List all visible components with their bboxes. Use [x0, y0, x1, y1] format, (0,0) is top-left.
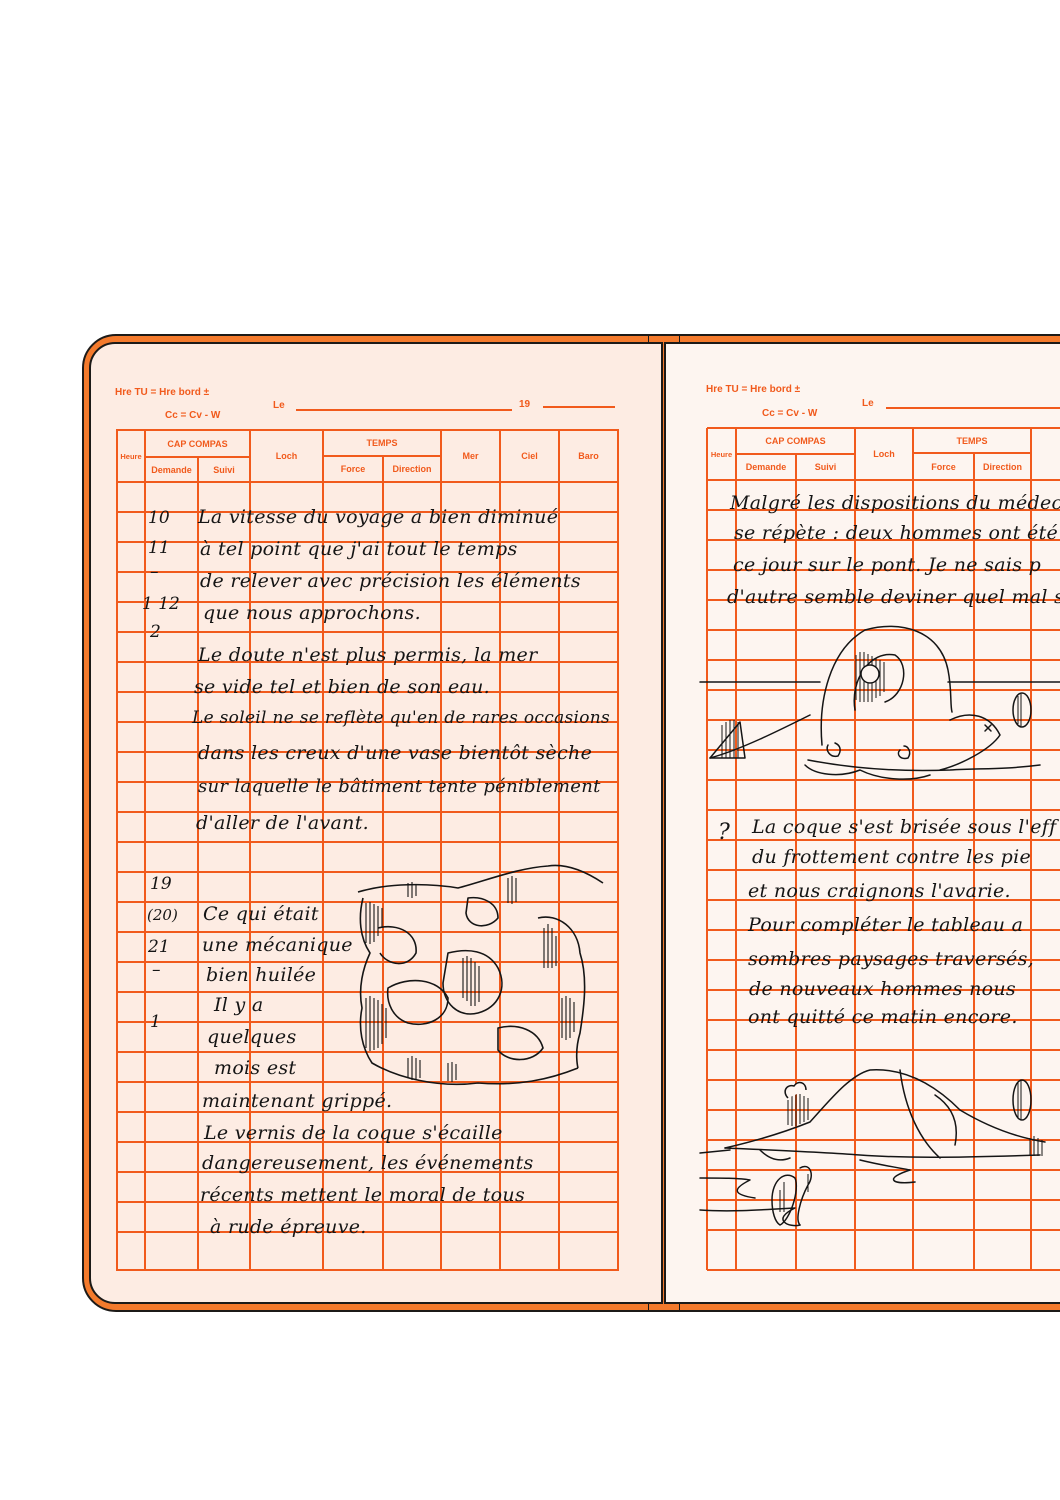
log-entry: se répète : deux hommes ont été re: [734, 522, 1060, 544]
col-cap-compas-right: CAP COMPAS: [736, 428, 855, 454]
col-force-right: Force: [913, 453, 974, 480]
log-entry: et nous craignons l'avarie.: [748, 880, 1011, 902]
col-loch-right: Loch: [855, 428, 913, 480]
log-entry: ont quitté ce matin encore.: [748, 1006, 1018, 1028]
col-demande-right: Demande: [736, 454, 796, 480]
log-entry: Malgré les dispositions du médecin: [730, 492, 1060, 514]
log-entry: du frottement contre les pie: [752, 846, 1031, 868]
col-suivi-right: Suivi: [796, 454, 855, 480]
collapsed-sailors-illustration: [700, 610, 1060, 790]
log-entry: sombres paysages traversés,: [748, 948, 1034, 970]
fallen-sailor-illustration: [700, 1050, 1060, 1230]
margin-note-question: ?: [718, 820, 730, 845]
col-direction-right: Direction: [974, 453, 1031, 480]
log-entry: ce jour sur le pont. Je ne sais p: [733, 554, 1041, 576]
col-temps-right: TEMPS: [913, 428, 1031, 453]
col-heure-right: Heure: [707, 428, 736, 480]
log-entry: Pour compléter le tableau a: [748, 914, 1023, 936]
log-entry: de nouveaux hommes nous: [749, 978, 1016, 1000]
log-entry: La coque s'est brisée sous l'eff: [752, 816, 1056, 838]
log-entry: d'autre semble deviner quel mal s: [727, 586, 1060, 608]
